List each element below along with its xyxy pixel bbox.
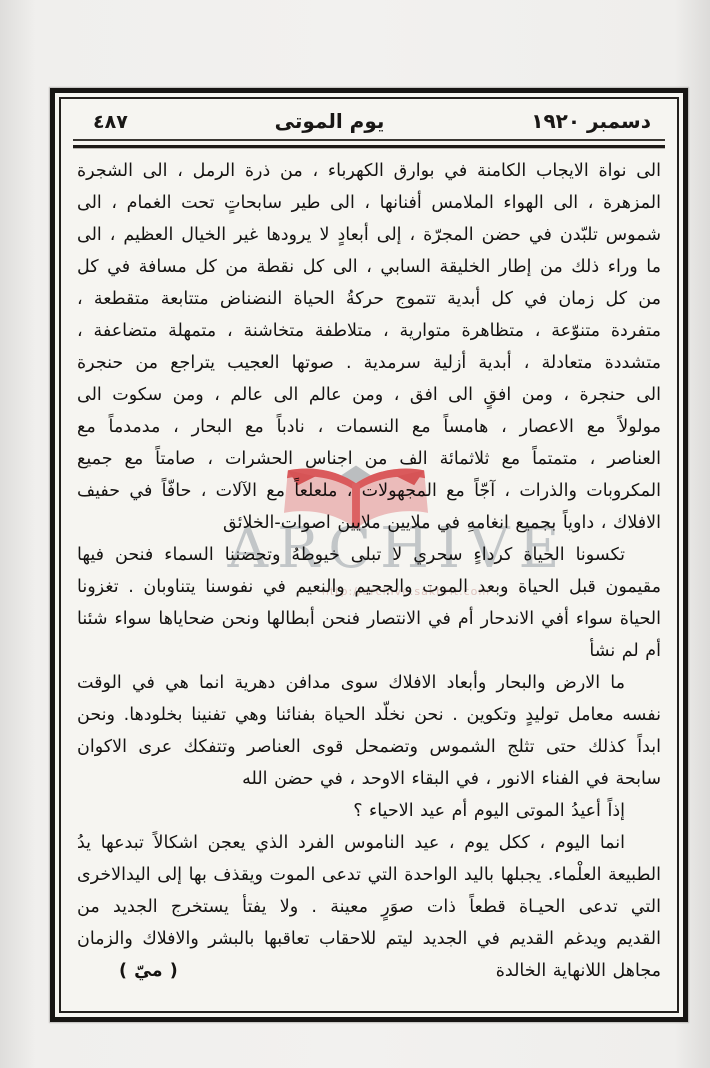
page-border-frame: دسمبر ١٩٢٠ يوم الموتى ٤٨٧ الى نواة الايج… [50, 88, 688, 1022]
closing-line: مجاهل اللانهاية الخالدة ( ميّ ) [77, 955, 661, 987]
text-line: متفردة متنوّعة ، متظاهرة متوارية ، متلاط… [77, 315, 661, 347]
page-inner-frame: دسمبر ١٩٢٠ يوم الموتى ٤٨٧ الى نواة الايج… [59, 97, 679, 1013]
text-line: المزهرة ، الى الهواء الملامس أفنانها ، ا… [77, 187, 661, 219]
text-line: ما الارض والبحار وأبعاد الافلاك سوى مداف… [77, 667, 661, 699]
scanned-page: دسمبر ١٩٢٠ يوم الموتى ٤٨٧ الى نواة الايج… [0, 0, 710, 1068]
text-line: الافلاك ، داوياً بجميع انغامهِ في ملايين… [77, 507, 661, 539]
text-line: المكروبات والذرات ، آجّاً مع المجهولات ،… [77, 475, 661, 507]
text-line: من كل زمان في كل أبدية تتموج حركةُ الحيا… [77, 283, 661, 315]
text-line: الى نواة الايجاب الكامنة في بوارق الكهرب… [77, 155, 661, 187]
text-line: شموس تلبّدن في حضن المجرّة ، إلى أبعادٍ … [77, 219, 661, 251]
text-line: ابداً كذلك حتى تثلج الشموس وتضمحل قوى ال… [77, 731, 661, 763]
issue-date: دسمبر ١٩٢٠ [531, 109, 651, 133]
text-line: انما اليوم ، ككل يوم ، عيد الناموس الفرد… [77, 827, 661, 859]
header-divider-thin-line [73, 139, 665, 141]
text-line: التي تدعى الحيـاة قطعاً ذات صوَرٍ معينة … [77, 891, 661, 923]
text-line: الحياة سواء أفي الاندحار أم في الانتصار … [77, 603, 661, 635]
text-line: مولولاً مع الاعصار ، هامساً مع النسمات ،… [77, 411, 661, 443]
text-line: متشددة متعادلة ، أبدية أزلية سرمدية . صو… [77, 347, 661, 379]
article-body: الى نواة الايجاب الكامنة في بوارق الكهرب… [71, 148, 667, 987]
text-line: الى حنجرة ، ومن افقٍ الى افق ، ومن عالم … [77, 379, 661, 411]
author-signature: ( ميّ ) [119, 955, 178, 987]
text-line: مقيمون قبل الحياة وبعد الموت والجحيم وال… [77, 571, 661, 603]
page-title: يوم الموتى [275, 109, 385, 133]
text-line: سابحة في الفناء الانور ، في البقاء الاوح… [77, 763, 661, 795]
text-line: تكسونا الحياة كرداءٍ سحري لا تبلى خيوطهُ… [77, 539, 661, 571]
page-header: دسمبر ١٩٢٠ يوم الموتى ٤٨٧ [71, 107, 667, 137]
header-divider [73, 139, 665, 148]
text-line: القديم ويدغم القديم في الجديد ليتم للاحق… [77, 923, 661, 955]
text-line: مجاهل اللانهاية الخالدة [496, 955, 661, 987]
text-line: الطبيعة العلْماء. يجبلها باليد الواحدة ا… [77, 859, 661, 891]
text-line: ما وراء ذلك من إطار الخليقة السابي ، الى… [77, 251, 661, 283]
text-line: نفسه معامل توليدٍ وتكوين . نحن نخلّد الح… [77, 699, 661, 731]
text-line: إذاً أعيدُ الموتى اليوم أم عيد الاحياء ؟ [77, 795, 661, 827]
page-number: ٤٨٧ [93, 111, 128, 133]
text-line: أم لم نشأ [77, 635, 661, 667]
text-line: العناصر ، متمتماً مع ثلاثمائة الف من اجن… [77, 443, 661, 475]
